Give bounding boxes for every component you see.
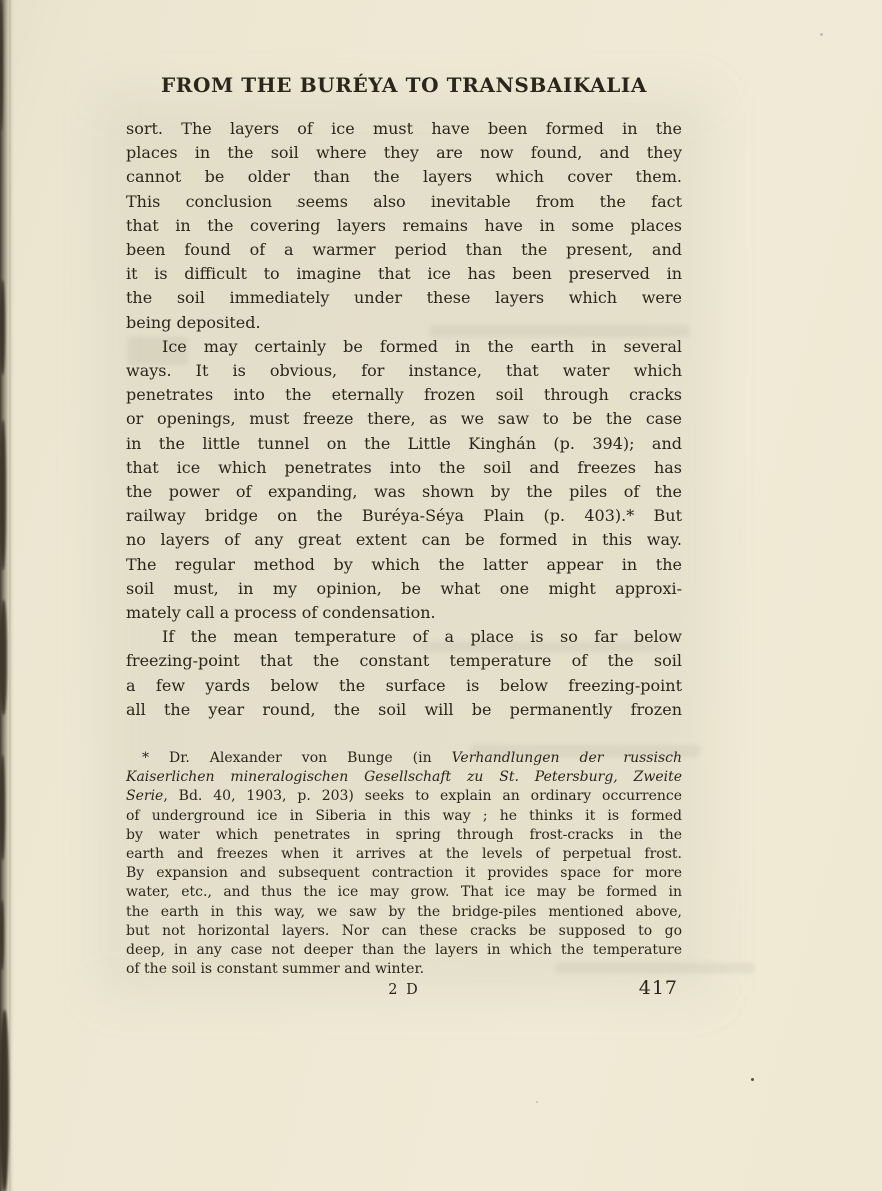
text-line: being deposited. bbox=[126, 311, 682, 335]
text-line: water, etc., and thus the ice may grow. … bbox=[126, 883, 682, 902]
text-line: in the little tunnel on the Little Kingh… bbox=[126, 432, 682, 456]
binding-mark bbox=[0, 900, 4, 970]
footnote-italic-text: Serie bbox=[126, 788, 163, 804]
footnote-text: the earth in this way, we saw by the bri… bbox=[126, 904, 682, 920]
text-line: that ice which penetrates into the soil … bbox=[126, 456, 682, 480]
text-line: places in the soil where they are now fo… bbox=[126, 141, 682, 165]
text-line: penetrates into the eternally frozen soi… bbox=[126, 383, 682, 407]
binding-mark bbox=[0, 280, 5, 375]
text-line: been found of a warmer period than the p… bbox=[126, 238, 682, 262]
text-line: mately call a process of condensation. bbox=[126, 601, 682, 625]
footnote-text: of underground ice in Siberia in this wa… bbox=[126, 808, 682, 824]
text-line: Serie, Bd. 40, 1903, p. 203) seeks to ex… bbox=[126, 787, 682, 806]
page-title: FROM THE BURÉYA TO TRANSBAIKALIA bbox=[126, 72, 682, 98]
text-line: Ice may certainly be formed in the earth… bbox=[126, 335, 682, 359]
text-line: The regular method by which the latter a… bbox=[126, 553, 682, 577]
footnote-italic-text: Kaiserlichen mineralogischen Gesellschaf… bbox=[126, 769, 682, 785]
text-line: This conclusion seems also inevitable fr… bbox=[126, 190, 682, 214]
text-line: sort. The layers of ice must have been f… bbox=[126, 117, 682, 141]
binding-mark bbox=[0, 755, 5, 860]
text-line: a few yards below the surface is below f… bbox=[126, 674, 682, 698]
ink-speck bbox=[751, 1078, 754, 1081]
text-line: cannot be older than the layers which co… bbox=[126, 165, 682, 189]
text-line: soil must, in my opinion, be what one mi… bbox=[126, 577, 682, 601]
binding-mark bbox=[0, 420, 6, 570]
footnote-text: deep, in any case not deeper than the la… bbox=[126, 942, 682, 958]
binding-mark bbox=[0, 0, 3, 130]
text-line: the soil immediately under these layers … bbox=[126, 286, 682, 310]
footnote-text: of the soil is constant summer and winte… bbox=[126, 961, 424, 977]
page-number: 417 bbox=[126, 977, 678, 999]
ink-speck bbox=[820, 33, 823, 36]
text-line: deep, in any case not deeper than the la… bbox=[126, 941, 682, 960]
body-paragraph: sort. The layers of ice must have been f… bbox=[126, 117, 682, 335]
text-line: By expansion and subsequent contraction … bbox=[126, 864, 682, 883]
body-paragraph: Ice may certainly be formed in the earth… bbox=[126, 335, 682, 625]
footnote-text: * Dr. Alexander von Bunge (in bbox=[142, 750, 452, 766]
book-page: FROM THE BURÉYA TO TRANSBAIKALIA sort. T… bbox=[0, 0, 882, 1191]
body-paragraph: If the mean temperature of a place is so… bbox=[126, 625, 682, 722]
text-line: If the mean temperature of a place is so… bbox=[126, 625, 682, 649]
footnote-text: water, etc., and thus the ice may grow. … bbox=[126, 884, 682, 900]
binding-mark bbox=[0, 1010, 9, 1191]
text-line: but not horizontal layers. Nor can these… bbox=[126, 922, 682, 941]
footnote-text: by water which penetrates in spring thro… bbox=[126, 827, 682, 843]
text-line: earth and freezes when it arrives at the… bbox=[126, 845, 682, 864]
page-crease bbox=[9, 0, 11, 1191]
text-line: or openings, must freeze there, as we sa… bbox=[126, 407, 682, 431]
text-line: no layers of any great extent can be for… bbox=[126, 528, 682, 552]
text-line: by water which penetrates in spring thro… bbox=[126, 826, 682, 845]
text-line: all the year round, the soil will be per… bbox=[126, 698, 682, 722]
footnote-text: earth and freezes when it arrives at the… bbox=[126, 846, 682, 862]
footnote-text: By expansion and subsequent contraction … bbox=[126, 865, 682, 881]
text-line: * Dr. Alexander von Bunge (in Verhandlun… bbox=[126, 749, 682, 768]
text-block: sort. The layers of ice must have been f… bbox=[126, 117, 682, 722]
text-line: the power of expanding, was shown by the… bbox=[126, 480, 682, 504]
footnote-text: , Bd. 40, 1903, p. 203) seeks to explain… bbox=[163, 788, 682, 804]
text-line: railway bridge on the Buréya-Séya Plain … bbox=[126, 504, 682, 528]
text-line: ways. It is obvious, for instance, that … bbox=[126, 359, 682, 383]
footnote-italic-text: Verhandlungen der russisch bbox=[452, 750, 682, 766]
text-line: that in the covering layers remains have… bbox=[126, 214, 682, 238]
text-line: it is difficult to imagine that ice has … bbox=[126, 262, 682, 286]
footnote-text: but not horizontal layers. Nor can these… bbox=[126, 923, 682, 939]
text-line: freezing-point that the constant tempera… bbox=[126, 649, 682, 673]
ink-speck bbox=[536, 1101, 538, 1103]
text-line: the earth in this way, we saw by the bri… bbox=[126, 903, 682, 922]
text-line: Kaiserlichen mineralogischen Gesellschaf… bbox=[126, 768, 682, 787]
text-line: of underground ice in Siberia in this wa… bbox=[126, 807, 682, 826]
footnote: * Dr. Alexander von Bunge (in Verhandlun… bbox=[126, 749, 682, 979]
binding-mark bbox=[0, 600, 7, 715]
